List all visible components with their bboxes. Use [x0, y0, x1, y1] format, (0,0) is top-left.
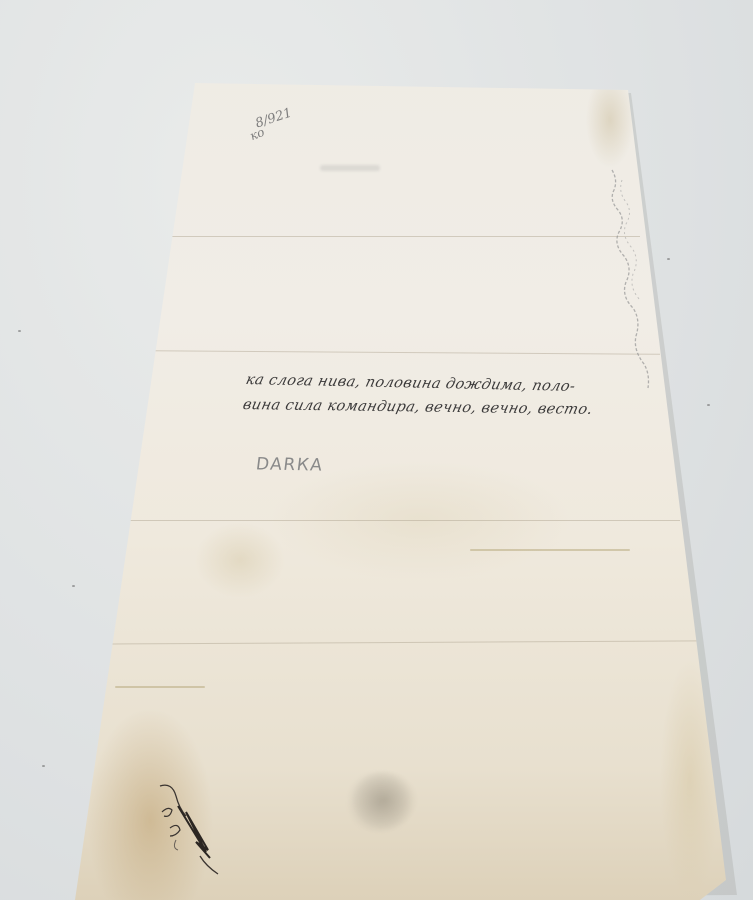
stain-line — [470, 549, 630, 551]
surface-speck — [42, 765, 45, 767]
pencil-label: DARКА — [255, 454, 325, 475]
fold-crease — [100, 640, 700, 644]
fold-crease — [120, 520, 680, 521]
stain-line — [115, 686, 205, 688]
fold-crease — [170, 236, 640, 237]
paper-sheet: 8/921 ко ка слога нива, половина дождима… — [0, 0, 753, 900]
surface-speck — [18, 330, 21, 332]
handwritten-line-2: вина сила командира, вечно, вечно, весто… — [241, 397, 594, 418]
faded-heading — [320, 165, 380, 171]
surface-speck — [707, 404, 710, 406]
surface-speck — [72, 585, 75, 587]
surface-speck — [667, 258, 670, 260]
stamp-mark — [345, 772, 415, 832]
handwritten-line-1: ка слога нива, половина дождима, поло- — [244, 372, 577, 395]
fold-crease — [150, 350, 660, 355]
